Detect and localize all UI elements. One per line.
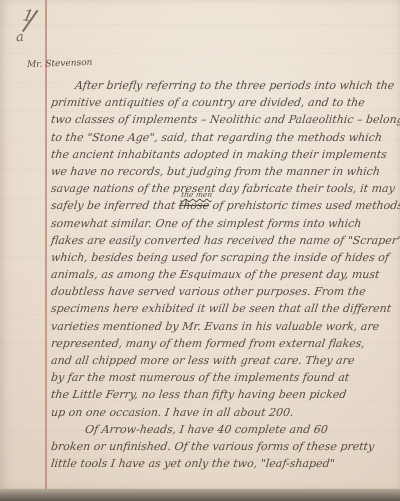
manuscript-line: specimens here exhibited it will be seen… xyxy=(50,300,400,317)
manuscript-line: and all chipped more or less with great … xyxy=(50,352,400,369)
manuscript-line: doubtless have served various other purp… xyxy=(50,283,400,300)
manuscript-line: up on one occasion. I have in all about … xyxy=(50,404,400,421)
manuscript-line: which, besides being used for scraping t… xyxy=(50,249,400,266)
page-number-mark: 1 a xyxy=(10,4,50,52)
scan-background-edge xyxy=(0,489,400,501)
amendment-pre-text: safely be inferred that xyxy=(50,199,179,212)
manuscript-line: animals, as among the Esquimaux of the p… xyxy=(50,266,400,283)
manuscript-line: broken or unfinished. Of the various for… xyxy=(50,438,400,455)
speaker-margin-note: Mr. Stevenson xyxy=(27,58,93,70)
manuscript-line: savage nations of the present day fabric… xyxy=(50,180,400,197)
page-number-denominator: a xyxy=(15,30,24,46)
manuscript-page: 1 a Mr. Stevenson After briefly referrin… xyxy=(0,0,400,490)
manuscript-line: somewhat similar. One of the simplest fo… xyxy=(50,215,400,232)
manuscript-line: to the "Stone Age", said, that regarding… xyxy=(50,129,400,146)
manuscript-line: represented, many of them formed from ex… xyxy=(50,335,400,352)
amendment: thosethe men xyxy=(178,199,210,212)
manuscript-line: Of Arrow-heads, I have 40 complete and 6… xyxy=(50,421,400,438)
manuscript-line: flakes are easily converted has received… xyxy=(50,232,400,249)
manuscript-line: the ancient inhabitants adopted in makin… xyxy=(50,146,400,163)
manuscript-line: by far the most numerous of the implemen… xyxy=(50,369,400,386)
manuscript-line-amended: safely be inferred that thosethe men of … xyxy=(50,197,400,214)
manuscript-line: the Little Ferry, no less than fifty hav… xyxy=(50,386,400,403)
amendment-post-text: of prehistoric times used methods xyxy=(208,199,400,212)
manuscript-text: After briefly referring to the three per… xyxy=(50,77,398,472)
manuscript-line: we have no records, but judging from the… xyxy=(50,163,400,180)
manuscript-line: little tools I have as yet only the two,… xyxy=(50,455,400,472)
red-margin-rule xyxy=(45,0,47,489)
manuscript-line: primitive antiquities of a country are d… xyxy=(50,94,400,111)
struck-word: those xyxy=(178,199,210,212)
inserted-words: the men xyxy=(181,191,213,199)
manuscript-line: varieties mentioned by Mr. Evans in his … xyxy=(50,318,400,335)
manuscript-line: After briefly referring to the three per… xyxy=(50,77,400,94)
manuscript-line: two classes of implements – Neolithic an… xyxy=(50,111,400,128)
